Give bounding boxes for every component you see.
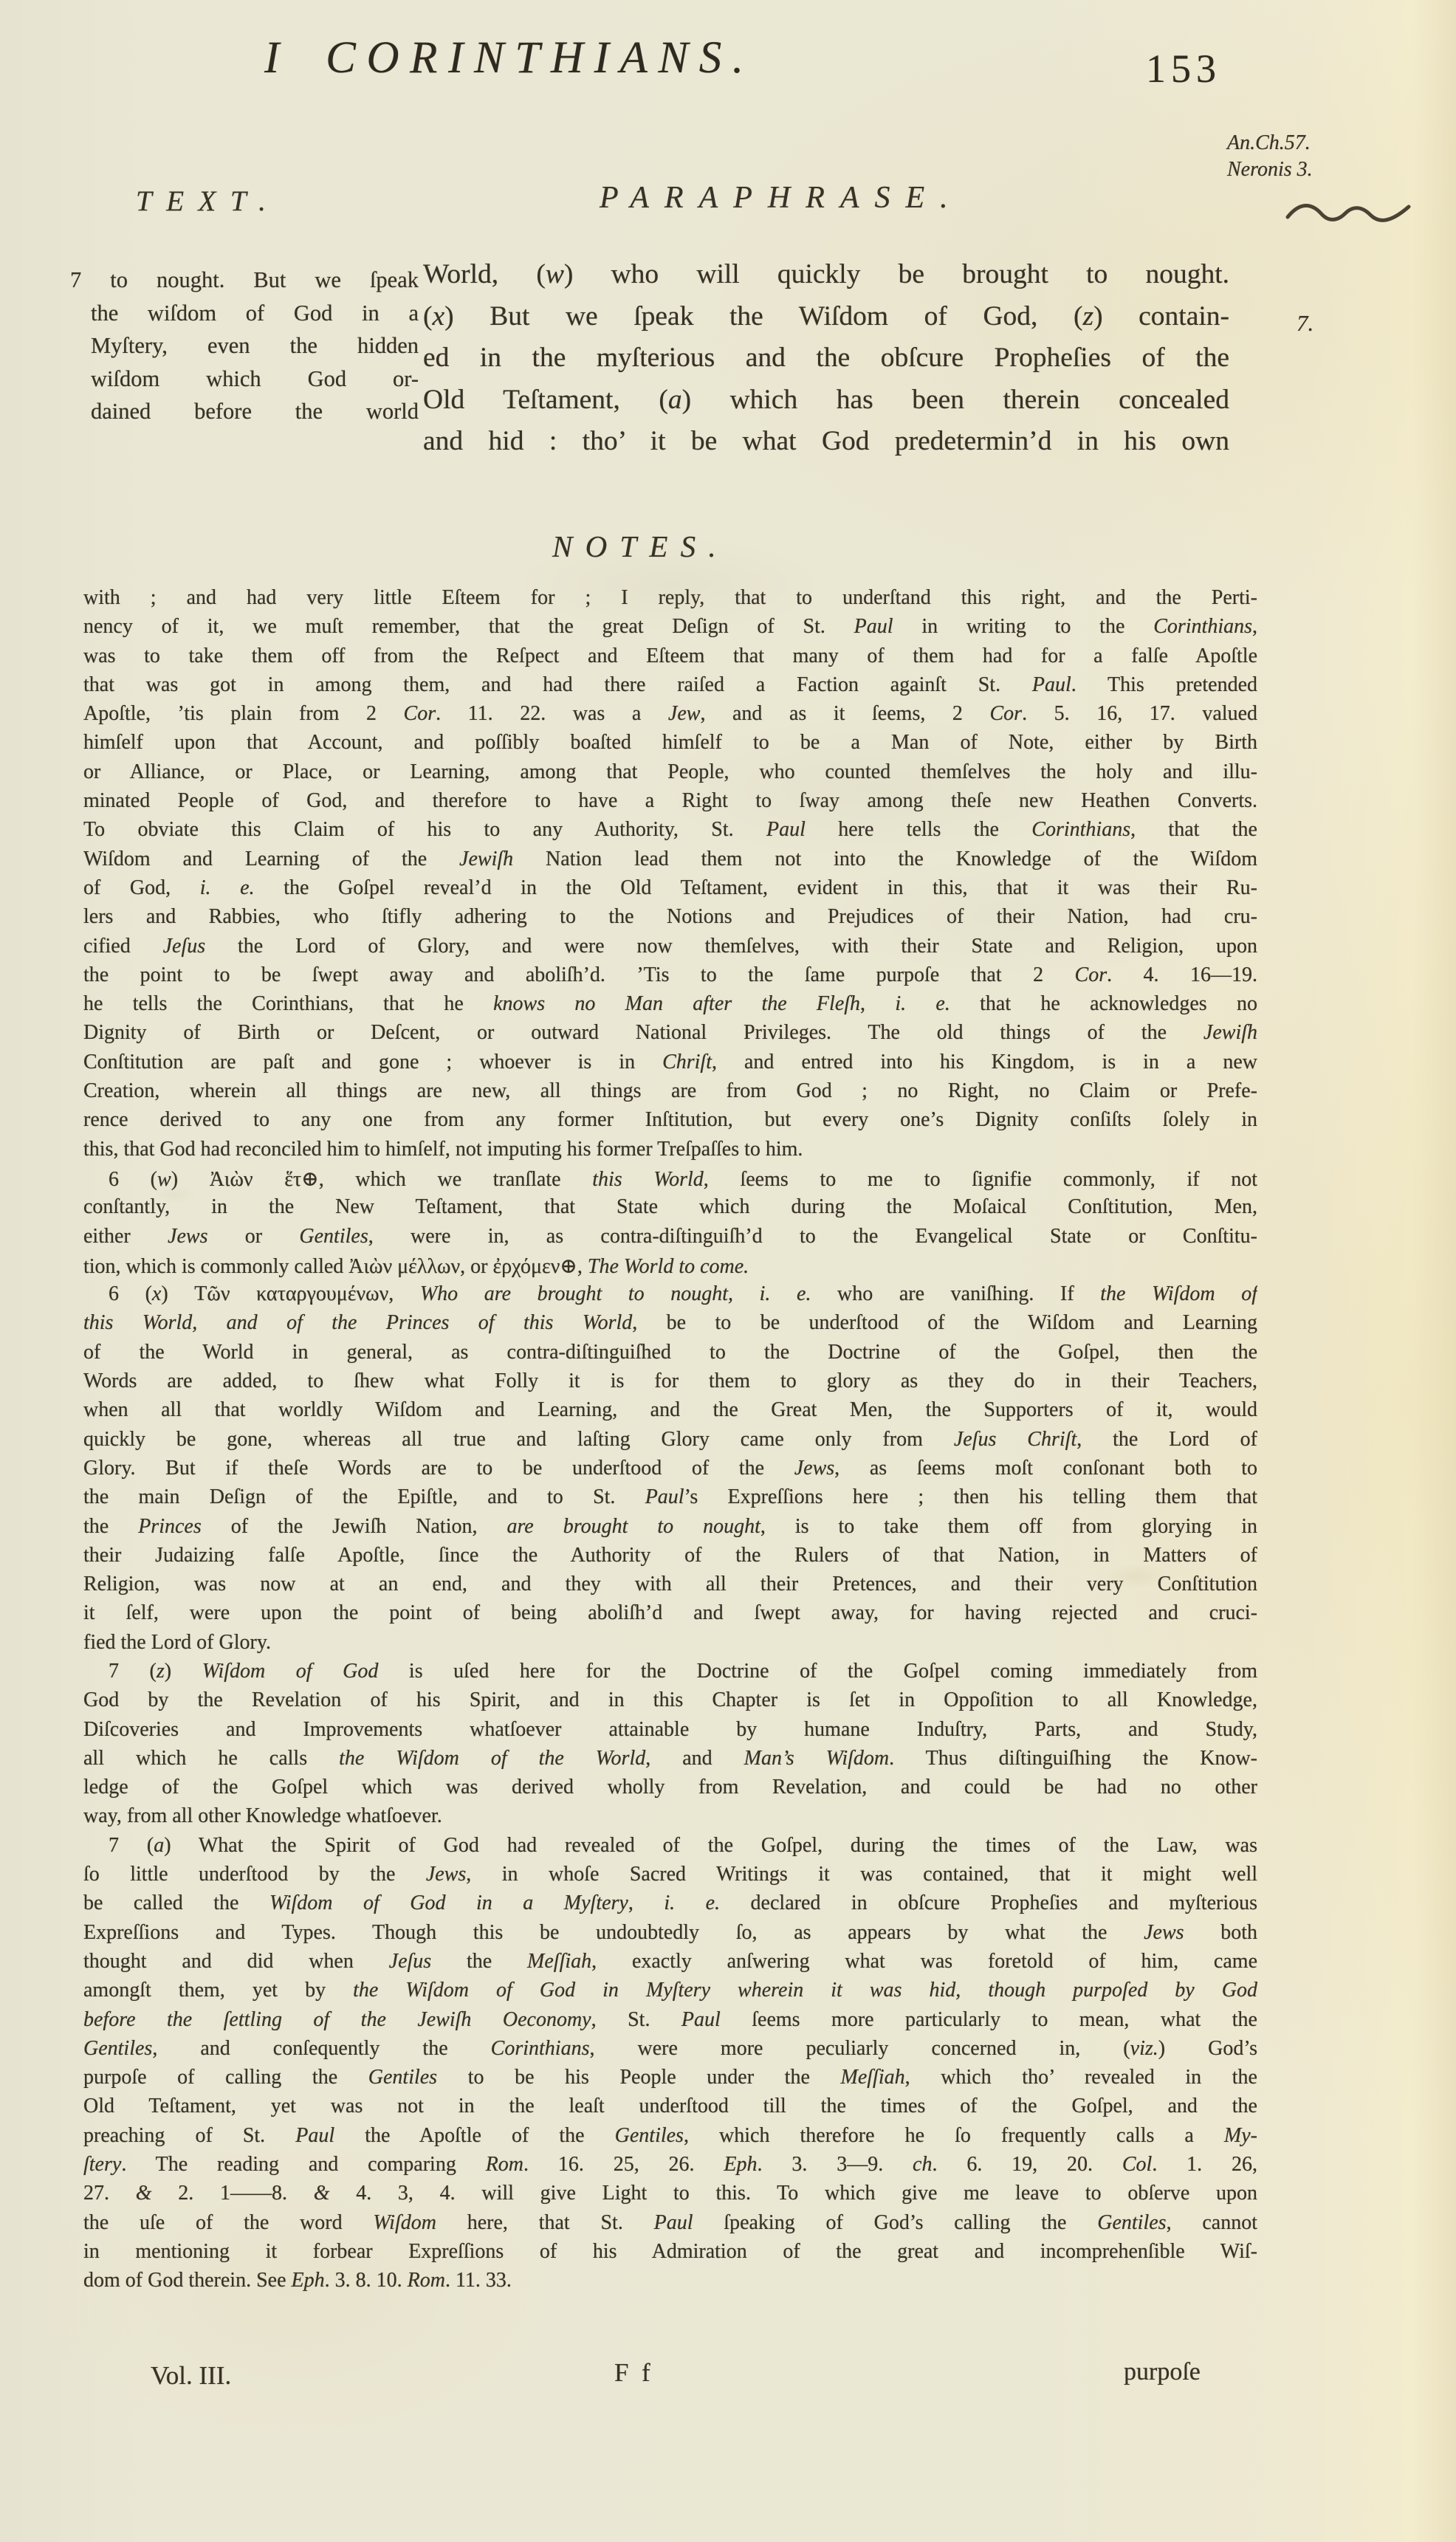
notes-line: or Alliance, or Place, or Learning, amon… [83,760,1257,789]
book-page: I CORINTHIANS. 153 An.Ch.57. Neronis 3. … [0,0,1456,2542]
notes-line: 7 (a) What the Spirit of God had reveale… [83,1834,1257,1863]
notes-line: the main Deſign of the Epiſtle, and to S… [83,1485,1257,1514]
notes-line: conſtantly, in the New Teſtament, that S… [83,1195,1257,1224]
notes-line: quickly be gone, whereas all true and la… [83,1428,1257,1457]
notes-line: Wiſdom and Learning of the Jewiſh Nation… [83,848,1257,876]
notes-line: Conſtitution are paſt and gone ; whoever… [83,1051,1257,1079]
notes-line: this, that God had reconciled him to him… [83,1138,1257,1167]
notes-line: Dignity of Birth or Deſcent, or outward … [83,1021,1257,1050]
paraphrase-verse-marker: 7. [1297,310,1314,337]
notes-line: dom of God therein. See Eph. 3. 8. 10. R… [83,2269,1257,2298]
notes-line: God by the Revelation of his Spirit, and… [83,1689,1257,1717]
notes-line: he tells the Corinthians, that he knows … [83,992,1257,1021]
notes-body: with ; and had very little Eſteem for ; … [83,586,1257,2298]
notes-line: Glory. But if theſe Words are to be unde… [83,1457,1257,1485]
notes-line: tion, which is commonly called Ἀιὼν μέλλ… [83,1254,1257,1282]
notes-line: the uſe of the word Wiſdom here, that St… [83,2211,1257,2240]
notes-line: fied the Lord of Glory. [83,1631,1257,1660]
notes-line: ſtery. The reading and comparing Rom. 16… [83,2153,1257,2182]
notes-line: that was got in among them, and had ther… [83,673,1257,702]
volume-label: Vol. III. [151,2361,231,2391]
notes-line: himſelf upon that Account, and poſſibly … [83,731,1257,760]
notes-line: 27. & 2. 1——8. & 4. 3, 4. will give Ligh… [83,2182,1257,2210]
notes-line: rence derived to any one from any former… [83,1108,1257,1137]
notes-line: Creation, wherein all things are new, al… [83,1079,1257,1108]
notes-line: Gentiles, and conſequently the Corinthia… [83,2037,1257,2066]
notes-line: when all that worldly Wiſdom and Learnin… [83,1398,1257,1427]
margin-chronology: An.Ch.57. Neronis 3. [1227,130,1426,183]
notes-line: be called the Wiſdom of God in a Myſtery… [83,1892,1257,1920]
notes-line: in mentioning it forbear Expreſſions of … [83,2240,1257,2269]
notes-line: it ſelf, were upon the point of being ab… [83,1601,1257,1630]
notes-line: To obviate this Claim of his to any Auth… [83,818,1257,847]
notes-line: 6 (x) Τῶν καταργουμένων, Who are brought… [83,1282,1257,1311]
notes-line: was to take them off from the Reſpect an… [83,645,1257,673]
notes-line: thought and did when Jeſus the Meſſiah, … [83,1950,1257,1979]
margin-anno-line2: Neronis 3. [1227,157,1426,183]
running-title: I CORINTHIANS. [264,32,755,84]
paraphrase-line: ed in the myſterious and the obſcure Pro… [423,342,1229,384]
notes-line: Religion, was now at an end, and they wi… [83,1573,1257,1601]
notes-line: way, from all other Knowledge whatſoever… [83,1804,1257,1833]
paraphrase-line: (x) But we ſpeak the Wiſdom of God, (z) … [423,300,1229,343]
scripture-text-line: wiſdom which God or- [91,366,419,399]
paraphrase-line: World, (w) who will quickly be brought t… [423,258,1229,300]
paraphrase-line: and hid : tho’ it be what God predetermi… [423,425,1229,467]
margin-anno-line1: An.Ch.57. [1227,130,1426,157]
scripture-text-column: 7 to nought. But we ſpeakthe wiſdom of G… [70,267,419,432]
notes-line: Words are added, to ſhew what Folly it i… [83,1370,1257,1398]
notes-line: purpoſe of calling the Gentiles to be hi… [83,2066,1257,2095]
notes-line: ledge of the Goſpel which was derived wh… [83,1776,1257,1804]
notes-line: of God, i. e. the Goſpel reveal’d in the… [83,876,1257,905]
text-column-header: TEXT. [136,185,280,218]
notes-line: 6 (w) Ἀιὼν ἕτ⊕, which we tranſlate this … [83,1167,1257,1195]
notes-line: the Princes of the Jewiſh Nation, are br… [83,1515,1257,1544]
notes-line: ſo little underſtood by the Jews, in who… [83,1863,1257,1892]
notes-line: Expreſſions and Types. Though this be un… [83,1921,1257,1950]
scripture-text-line: Myſtery, even the hidden [91,333,419,366]
notes-line: of the World in general, as contra-diſti… [83,1341,1257,1370]
notes-heading: NOTES. [552,529,729,564]
scripture-text-line: the wiſdom of God in a [91,300,419,334]
notes-line: either Jews or Gentiles, were in, as con… [83,1225,1257,1254]
notes-line: amongſt them, yet by the Wiſdom of God i… [83,1979,1257,2007]
notes-line: minated People of God, and therefore to … [83,789,1257,818]
scripture-text-line: dained before the world [91,399,419,432]
notes-line: Diſcoveries and Improvements whatſoever … [83,1718,1257,1747]
notes-line: their Judaizing falſe Apoſtle, ſince the… [83,1544,1257,1573]
paraphrase-column: World, (w) who will quickly be brought t… [423,258,1229,467]
notes-line: lers and Rabbies, who ſtifly adhering to… [83,905,1257,934]
notes-line: 7 (z) Wiſdom of God is uſed here for the… [83,1660,1257,1689]
gathering-signature: F f [614,2358,650,2388]
notes-line: before the ſettling of the Jewiſh Oecono… [83,2008,1257,2037]
scripture-text-line: 7 to nought. But we ſpeak [70,267,419,300]
paraphrase-line: Old Teſtament, (a) which has been therei… [423,384,1229,426]
flourish-squiggle-icon [1283,198,1413,227]
page-number: 153 [1146,46,1221,92]
notes-line: with ; and had very little Eſteem for ; … [83,586,1257,615]
notes-line: this World, and of the Princes of this W… [83,1311,1257,1340]
notes-line: nency of it, we muſt remember, that the … [83,615,1257,644]
notes-line: cified Jeſus the Lord of Glory, and were… [83,935,1257,963]
paraphrase-column-header: PARAPHRASE. [600,180,964,216]
catchword: purpoſe [1124,2358,1201,2386]
notes-line: preaching of St. Paul the Apoſtle of the… [83,2124,1257,2153]
notes-line: the point to be ſwept away and aboliſh’d… [83,963,1257,992]
notes-line: Old Teſtament, yet was not in the leaſt … [83,2095,1257,2123]
notes-line: all which he calls the Wiſdom of the Wor… [83,1747,1257,1776]
notes-line: Apoſtle, ’tis plain from 2 Cor. 11. 22. … [83,702,1257,731]
